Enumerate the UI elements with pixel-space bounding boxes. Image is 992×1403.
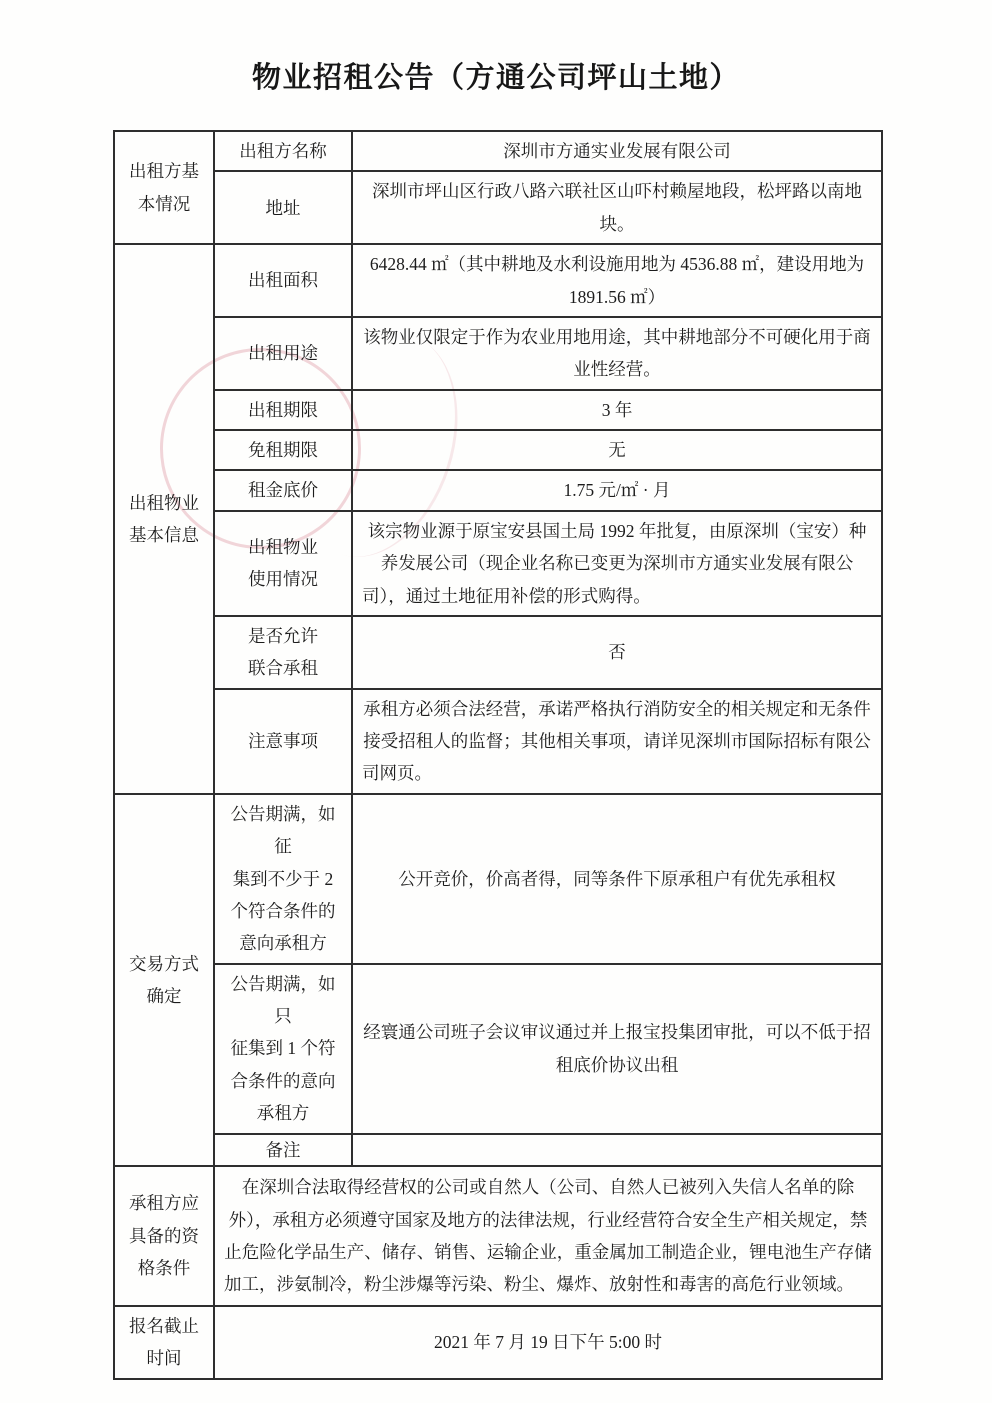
group-cell-transaction: 交易方式 确定 xyxy=(114,794,214,1166)
value-multiple-bidders: 公开竞价，价高者得，同等条件下原承租户有优先承租权 xyxy=(352,794,882,964)
label-address: 地址 xyxy=(214,171,352,244)
group-cell-lessor-basic: 出租方基 本情况 xyxy=(114,131,214,244)
value-area: 6428.44 ㎡（其中耕地及水利设施用地为 4536.88 ㎡，建设用地为 1… xyxy=(352,244,882,317)
value-joint-lease: 否 xyxy=(352,616,882,689)
label-lessor-name: 出租方名称 xyxy=(214,131,352,171)
group-cell-qualification: 承租方应 具备的资 格条件 xyxy=(114,1166,214,1306)
value-notes: 承租方必须合法经营，承诺严格执行消防安全的相关规定和无条件接受招租人的监督；其他… xyxy=(352,689,882,794)
label-notes: 注意事项 xyxy=(214,689,352,794)
document-page: 物业招租公告（方通公司坪山土地） 出租方基 本情况 出租方名称 深圳市方通实业发… xyxy=(0,0,992,1403)
label-usage: 出租用途 xyxy=(214,317,352,390)
label-usage-status: 出租物业 使用情况 xyxy=(214,511,352,616)
label-single-bidder: 公告期满，如只 征集到 1 个符 合条件的意向 承租方 xyxy=(214,964,352,1134)
value-term: 3 年 xyxy=(352,390,882,430)
value-remark xyxy=(352,1134,882,1167)
value-single-bidder: 经寰通公司班子会议审议通过并上报宝投集团审批，可以不低于招租底价协议出租 xyxy=(352,964,882,1134)
label-joint-lease: 是否允许 联合承租 xyxy=(214,616,352,689)
announcement-table: 出租方基 本情况 出租方名称 深圳市方通实业发展有限公司 地址 深圳市坪山区行政… xyxy=(113,130,883,1380)
label-base-rent: 租金底价 xyxy=(214,470,352,510)
label-rent-free-period: 免租期限 xyxy=(214,430,352,470)
value-base-rent: 1.75 元/㎡ · 月 xyxy=(352,470,882,510)
value-rent-free-period: 无 xyxy=(352,430,882,470)
value-qualification: 在深圳合法取得经营权的公司或自然人（公司、自然人已被列入失信人名单的除外），承租… xyxy=(214,1166,882,1306)
label-area: 出租面积 xyxy=(214,244,352,317)
value-deadline: 2021 年 7 月 19 日下午 5:00 时 xyxy=(214,1306,882,1379)
label-remark: 备注 xyxy=(214,1134,352,1167)
label-multiple-bidders: 公告期满，如征 集到不少于 2 个符合条件的 意向承租方 xyxy=(214,794,352,964)
value-address: 深圳市坪山区行政八路六联社区山吓村赖屋地段，松坪路以南地块。 xyxy=(352,171,882,244)
label-term: 出租期限 xyxy=(214,390,352,430)
group-cell-deadline: 报名截止 时间 xyxy=(114,1306,214,1379)
value-lessor-name: 深圳市方通实业发展有限公司 xyxy=(352,131,882,171)
value-usage-status: 该宗物业源于原宝安县国土局 1992 年批复，由原深圳（宝安）种养发展公司（现企… xyxy=(352,511,882,616)
value-usage: 该物业仅限定于作为农业用地用途，其中耕地部分不可硬化用于商业性经营。 xyxy=(352,317,882,390)
group-cell-property-basic: 出租物业 基本信息 xyxy=(114,244,214,794)
page-title: 物业招租公告（方通公司坪山土地） xyxy=(0,55,992,96)
